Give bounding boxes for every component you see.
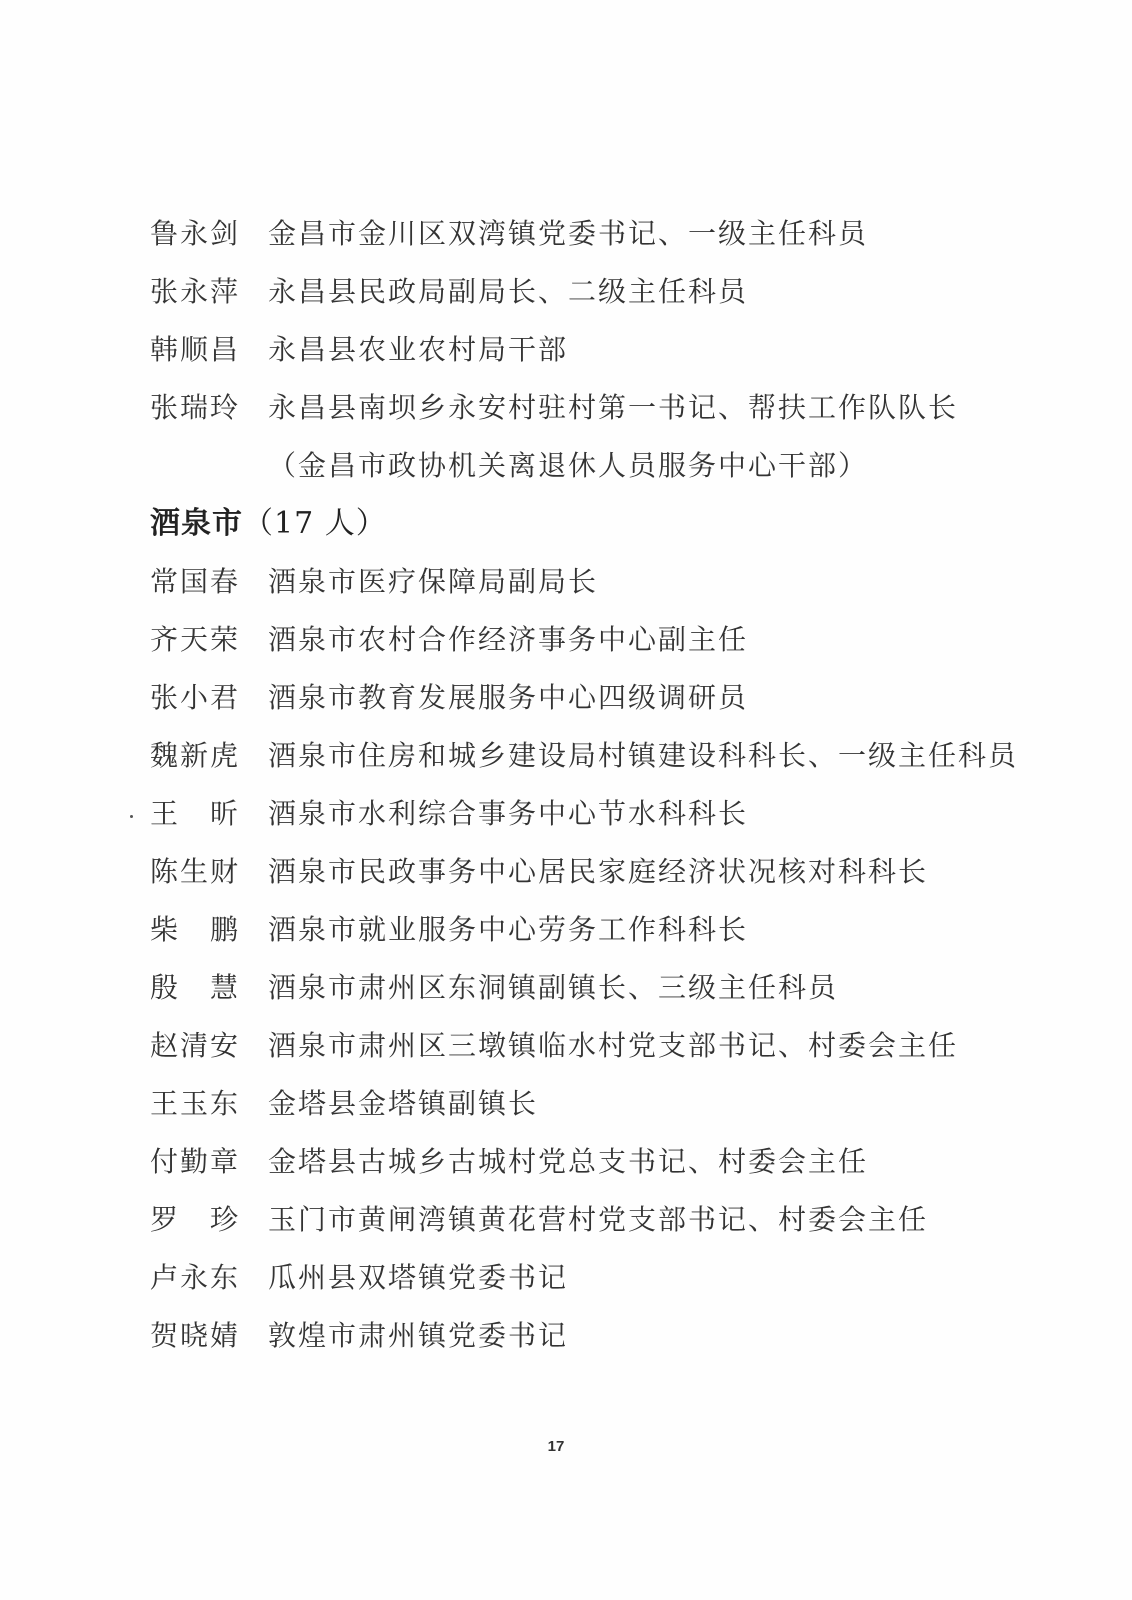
person-title: 永昌县农业农村局干部 (268, 321, 568, 379)
section-heading-city: 酒泉市 (150, 506, 243, 541)
list-item: 张瑞玲 永昌县南坝乡永安村驻村第一书记、帮扶工作队队长 (150, 379, 970, 437)
list-item: 卢永东 瓜州县双塔镇党委书记 (150, 1249, 970, 1307)
name-list: 鲁永剑 金昌市金川区双湾镇党委书记、一级主任科员 张永萍 永昌县民政局副局长、二… (150, 205, 970, 1365)
list-item: 韩顺昌 永昌县农业农村局干部 (150, 321, 970, 379)
list-item: 鲁永剑 金昌市金川区双湾镇党委书记、一级主任科员 (150, 205, 970, 263)
person-title-continuation: （金昌市政协机关离退休人员服务中心干部） (150, 437, 970, 495)
list-item: 付勤章 金塔县古城乡古城村党总支书记、村委会主任 (150, 1133, 970, 1191)
list-item: 陈生财 酒泉市民政事务中心居民家庭经济状况核对科科长 (150, 843, 970, 901)
list-item: 柴 鹏 酒泉市就业服务中心劳务工作科科长 (150, 901, 970, 959)
list-item: 齐天荣 酒泉市农村合作经济事务中心副主任 (150, 611, 970, 669)
person-title: 玉门市黄闸湾镇黄花营村党支部书记、村委会主任 (268, 1191, 928, 1249)
person-title: 酒泉市就业服务中心劳务工作科科长 (268, 901, 748, 959)
person-title: 酒泉市教育发展服务中心四级调研员 (268, 669, 748, 727)
person-name: 魏新虎 (150, 727, 268, 785)
person-name: 卢永东 (150, 1249, 268, 1307)
person-name: 齐天荣 (150, 611, 268, 669)
person-title: 敦煌市肃州镇党委书记 (268, 1307, 568, 1365)
person-title: 永昌县民政局副局长、二级主任科员 (268, 263, 748, 321)
person-title: 酒泉市肃州区三墩镇临水村党支部书记、村委会主任 (268, 1017, 958, 1075)
list-item: 殷 慧 酒泉市肃州区东洞镇副镇长、三级主任科员 (150, 959, 970, 1017)
scan-speck (130, 815, 133, 818)
person-name: 赵清安 (150, 1017, 268, 1075)
person-name: 罗 珍 (150, 1191, 268, 1249)
person-title: 酒泉市住房和城乡建设局村镇建设科科长、一级主任科员 (268, 727, 1018, 785)
person-name: 陈生财 (150, 843, 268, 901)
section-heading-count: （17 人） (243, 506, 387, 541)
list-item: 王 昕 酒泉市水利综合事务中心节水科科长 (150, 785, 970, 843)
document-page: 鲁永剑 金昌市金川区双湾镇党委书记、一级主任科员 张永萍 永昌县民政局副局长、二… (0, 0, 1132, 1600)
person-title: 金塔县金塔镇副镇长 (268, 1075, 538, 1133)
list-item: 罗 珍 玉门市黄闸湾镇黄花营村党支部书记、村委会主任 (150, 1191, 970, 1249)
person-title: 酒泉市民政事务中心居民家庭经济状况核对科科长 (268, 843, 928, 901)
person-name: 王 昕 (150, 785, 268, 843)
section-heading: 酒泉市（17 人） (150, 495, 970, 553)
person-name: 王玉东 (150, 1075, 268, 1133)
page-number: 17 (0, 1438, 1112, 1455)
list-item: 赵清安 酒泉市肃州区三墩镇临水村党支部书记、村委会主任 (150, 1017, 970, 1075)
person-name: 柴 鹏 (150, 901, 268, 959)
person-name: 殷 慧 (150, 959, 268, 1017)
person-title: 酒泉市医疗保障局副局长 (268, 553, 598, 611)
person-title: 金塔县古城乡古城村党总支书记、村委会主任 (268, 1133, 868, 1191)
list-item: 贺晓婧 敦煌市肃州镇党委书记 (150, 1307, 970, 1365)
person-name: 张永萍 (150, 263, 268, 321)
list-item: 张小君 酒泉市教育发展服务中心四级调研员 (150, 669, 970, 727)
list-item: 王玉东 金塔县金塔镇副镇长 (150, 1075, 970, 1133)
person-title: 金昌市金川区双湾镇党委书记、一级主任科员 (268, 205, 868, 263)
person-name: 鲁永剑 (150, 205, 268, 263)
person-name: 付勤章 (150, 1133, 268, 1191)
list-item: 常国春 酒泉市医疗保障局副局长 (150, 553, 970, 611)
person-name: 贺晓婧 (150, 1307, 268, 1365)
person-title: 瓜州县双塔镇党委书记 (268, 1249, 568, 1307)
list-item: 张永萍 永昌县民政局副局长、二级主任科员 (150, 263, 970, 321)
person-name: 韩顺昌 (150, 321, 268, 379)
person-title: 酒泉市农村合作经济事务中心副主任 (268, 611, 748, 669)
person-title: 永昌县南坝乡永安村驻村第一书记、帮扶工作队队长 (268, 379, 958, 437)
list-item: 魏新虎 酒泉市住房和城乡建设局村镇建设科科长、一级主任科员 (150, 727, 970, 785)
person-name: 张小君 (150, 669, 268, 727)
person-name: 常国春 (150, 553, 268, 611)
person-title: 酒泉市水利综合事务中心节水科科长 (268, 785, 748, 843)
person-name: 张瑞玲 (150, 379, 268, 437)
person-title: 酒泉市肃州区东洞镇副镇长、三级主任科员 (268, 959, 838, 1017)
